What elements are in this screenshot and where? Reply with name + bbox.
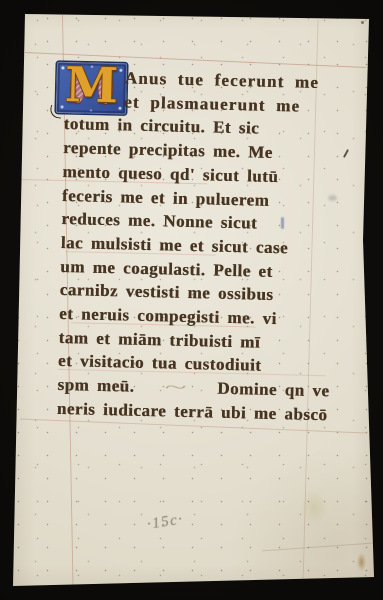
- text-line: repente precipitas me. Me: [63, 137, 273, 163]
- text-line: et visitacio tua custodiuit: [58, 350, 262, 376]
- line-filler-flourish: ~: [164, 377, 188, 399]
- text-line: totum in circuitu. Et sic: [63, 113, 259, 139]
- text-line: Anus tue fecerunt me: [124, 67, 319, 93]
- initial-letter: M: [56, 57, 127, 115]
- text-segment: Domine qn ve: [217, 378, 330, 402]
- foxing-stain: [357, 553, 366, 571]
- photo-stage: M Anus tue fecerunt meet plasmauerunt me…: [0, 0, 383, 600]
- text-line: et neruis compegisti me. vi: [59, 303, 277, 329]
- text-line: feceris me et in puluerem: [62, 184, 270, 210]
- text-line: um me coagulasti. Pelle et: [60, 256, 273, 282]
- dirt-speck: [361, 21, 364, 24]
- parchment-leaf: M Anus tue fecerunt meet plasmauerunt me…: [0, 0, 383, 600]
- text-line: carnibz vestisti me ossibus: [59, 279, 273, 305]
- text-line: mento queso qd' sicut lutū: [62, 161, 278, 187]
- discoloration: [300, 490, 328, 524]
- text-segment: spm meū.: [57, 374, 134, 397]
- text-line: lac mulsisti me et sicut case: [61, 232, 289, 258]
- text-line: reduces me. Nonne sicut: [61, 208, 257, 234]
- gray-smudge: [328, 195, 337, 201]
- illuminated-initial: M: [56, 62, 127, 115]
- blue-ink-smudge: [281, 217, 284, 229]
- text-line: tam et miām tribuisti mī: [58, 327, 260, 353]
- text-line: et plasmauerunt me: [124, 91, 301, 116]
- text-line: spm meū.~Domine qn ve: [57, 374, 329, 401]
- text-block: M Anus tue fecerunt meet plasmauerunt me…: [57, 66, 350, 423]
